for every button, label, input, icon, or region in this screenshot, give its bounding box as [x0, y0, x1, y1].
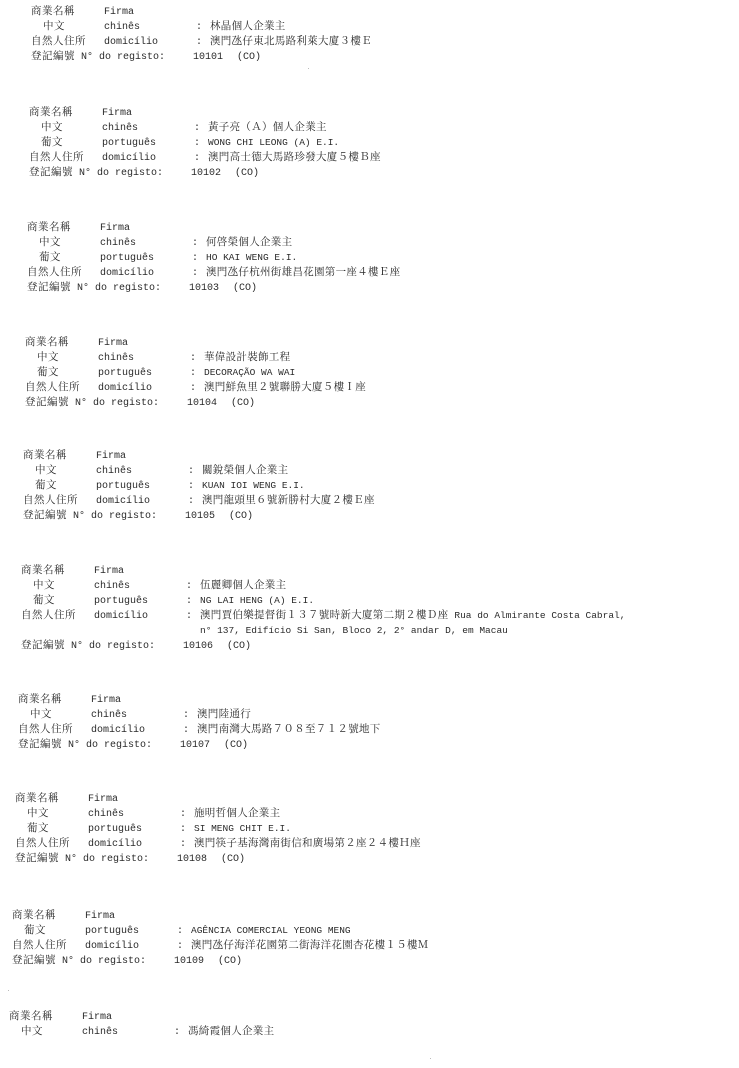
- portugues-label-pt: português: [94, 594, 186, 609]
- registo-label-zh: 登記編號: [23, 508, 73, 523]
- registo-number: 10108: [177, 852, 221, 867]
- registo-number: 10107: [180, 738, 224, 753]
- colon: :: [192, 236, 206, 251]
- registry-entry-10105: 商業名稱 Firma 中文 chinês : 關銳榮個人企業主 葡文 portu…: [23, 448, 375, 523]
- firma-header-row: 商業名稱 Firma: [12, 908, 429, 923]
- registo-label-zh: 登記編號: [27, 280, 77, 295]
- chines-name-value: 黃子亮（Ａ）個人企業主: [208, 120, 327, 135]
- chines-label-pt: chinês: [94, 579, 186, 594]
- domicilio-row: 自然人住所 domicílio : 澳門氹仔杭州街雄昌花園第一座４樓Ｅ座: [27, 265, 400, 280]
- firma-label-pt: Firma: [91, 693, 121, 708]
- portugues-name-value: SI MENG CHIT E.I.: [194, 821, 291, 836]
- chines-label-pt: chinês: [104, 20, 196, 35]
- colon: :: [183, 708, 197, 723]
- firma-label-zh: 商業名稱: [15, 791, 88, 806]
- firma-label-pt: Firma: [88, 792, 118, 807]
- domicilio-value: 澳門氹仔海洋花園第二街海洋花園杏花樓１５樓Ｍ: [191, 938, 429, 953]
- portugues-row: 葡文 português : SI MENG CHIT E.I.: [15, 821, 421, 836]
- registo-number: 10101: [193, 50, 237, 65]
- registo-number: 10106: [183, 639, 227, 654]
- colon: :: [194, 136, 208, 151]
- registo-code: (CO): [227, 639, 251, 654]
- colon: :: [180, 822, 194, 837]
- registo-code: (CO): [233, 281, 257, 296]
- domicilio-value: 澳門龍頭里６號新勝村大廈２樓Ｅ座: [202, 493, 375, 508]
- registo-row: 登記編號 N° do registo: 10101 (CO): [31, 49, 372, 64]
- portugues-name-value: AGÊNCIA COMERCIAL YEONG MENG: [191, 923, 351, 938]
- chines-name-value: 華偉設計裝飾工程: [204, 350, 290, 365]
- domicilio-label-pt: domicílio: [96, 494, 188, 509]
- portugues-name-value: WONG CHI LEONG (A) E.I.: [208, 135, 339, 150]
- firma-label-pt: Firma: [85, 909, 115, 924]
- registo-row: 登記編號 N° do registo: 10104 (CO): [25, 395, 366, 410]
- colon: :: [192, 266, 206, 281]
- chines-label-pt: chinês: [91, 708, 183, 723]
- firma-label-zh: 商業名稱: [29, 105, 102, 120]
- registo-label-pt: N° do registo:: [73, 509, 185, 524]
- firma-header-row: 商業名稱 Firma: [31, 4, 372, 19]
- firma-label-pt: Firma: [98, 336, 128, 351]
- domicilio-label-zh: 自然人住所: [25, 380, 98, 395]
- chines-name-value: 施明哲個人企業主: [194, 806, 280, 821]
- registo-row: 登記編號 N° do registo: 10103 (CO): [27, 280, 400, 295]
- firma-label-zh: 商業名稱: [9, 1009, 82, 1024]
- scan-speck: [8, 990, 9, 991]
- registo-code: (CO): [235, 166, 259, 181]
- firma-label-zh: 商業名稱: [31, 4, 104, 19]
- registo-label-pt: N° do registo:: [62, 954, 174, 969]
- domicilio-label-pt: domicílio: [91, 723, 183, 738]
- registo-code: (CO): [218, 954, 242, 969]
- domicilio-label-pt: domicílio: [88, 837, 180, 852]
- portugues-label-zh: 葡文: [29, 135, 102, 150]
- chines-name-value: 何啓榮個人企業主: [206, 235, 292, 250]
- chines-label-zh: 中文: [23, 463, 96, 478]
- portugues-label-zh: 葡文: [25, 365, 98, 380]
- registo-number: 10102: [191, 166, 235, 181]
- registry-entry-10108: 商業名稱 Firma 中文 chinês : 施明哲個人企業主 葡文 portu…: [15, 791, 421, 866]
- registo-label-pt: N° do registo:: [65, 852, 177, 867]
- domicilio-row: 自然人住所 domicílio : 澳門龍頭里６號新勝村大廈２樓Ｅ座: [23, 493, 375, 508]
- chines-label-pt: chinês: [82, 1025, 174, 1040]
- chines-name-value: 關銳榮個人企業主: [202, 463, 288, 478]
- domicilio-value: 澳門賈伯樂提督街１３７號時新大廈第二期２樓Ｄ座: [200, 608, 448, 623]
- firma-header-row: 商業名稱 Firma: [18, 692, 381, 707]
- portugues-name-value: HO KAI WENG E.I.: [206, 250, 297, 265]
- colon: :: [194, 121, 208, 136]
- domicilio-value: 澳門南灣大馬路７０８至７１２號地下: [197, 722, 381, 737]
- portugues-label-zh: 葡文: [21, 593, 94, 608]
- colon: :: [188, 479, 202, 494]
- registo-label-zh: 登記編號: [21, 638, 71, 653]
- registo-label-pt: N° do registo:: [68, 738, 180, 753]
- domicilio-row: 自然人住所 domicílio : 澳門筷子基海灣南街信和廣場第２座２４樓Ｈ座: [15, 836, 421, 851]
- portugues-label-pt: português: [88, 822, 180, 837]
- firma-header-row: 商業名稱 Firma: [29, 105, 381, 120]
- registo-label-pt: N° do registo:: [77, 281, 189, 296]
- domicilio-row: 自然人住所 domicílio : 澳門賈伯樂提督街１３７號時新大廈第二期２樓Ｄ…: [21, 608, 625, 623]
- registo-label-zh: 登記編號: [15, 851, 65, 866]
- registo-number: 10109: [174, 954, 218, 969]
- registo-code: (CO): [237, 50, 261, 65]
- firma-label-pt: Firma: [102, 106, 132, 121]
- domicilio-label-zh: 自然人住所: [21, 608, 94, 623]
- domicilio-label-pt: domicílio: [100, 266, 192, 281]
- chines-row: 中文 chinês : 澳門陸通行: [18, 707, 381, 722]
- domicilio-pt-value-line2: n° 137, Edifício Si San, Bloco 2, 2° and…: [200, 623, 508, 638]
- colon: :: [188, 464, 202, 479]
- domicilio-label-zh: 自然人住所: [27, 265, 100, 280]
- registry-entry-10101: 商業名稱 Firma 中文 chinês : 林晶個人企業主 自然人住所 dom…: [31, 4, 372, 64]
- chines-name-value: 伍麗卿個人企業主: [200, 578, 286, 593]
- chines-label-pt: chinês: [100, 236, 192, 251]
- portugues-row: 葡文 português : KUAN IOI WENG E.I.: [23, 478, 375, 493]
- colon: :: [192, 251, 206, 266]
- portugues-row: 葡文 português : WONG CHI LEONG (A) E.I.: [29, 135, 381, 150]
- portugues-label-pt: português: [96, 479, 188, 494]
- chines-label-pt: chinês: [98, 351, 190, 366]
- colon: :: [180, 807, 194, 822]
- registry-entry-10107: 商業名稱 Firma 中文 chinês : 澳門陸通行 自然人住所 domic…: [18, 692, 381, 752]
- firma-label-pt: Firma: [94, 564, 124, 579]
- registo-row: 登記編號 N° do registo: 10107 (CO): [18, 737, 381, 752]
- portugues-label-zh: 葡文: [12, 923, 85, 938]
- chines-label-zh: 中文: [21, 578, 94, 593]
- portugues-label-zh: 葡文: [27, 250, 100, 265]
- registo-label-zh: 登記編號: [18, 737, 68, 752]
- colon: :: [194, 151, 208, 166]
- domicilio-label-zh: 自然人住所: [12, 938, 85, 953]
- domicilio-label-zh: 自然人住所: [29, 150, 102, 165]
- registo-code: (CO): [231, 396, 255, 411]
- domicilio-row: 自然人住所 domicílio : 澳門高士德大馬路珍發大廈５樓Ｂ座: [29, 150, 381, 165]
- portugues-row: 葡文 português : NG LAI HENG (A) E.I.: [21, 593, 625, 608]
- registry-entry-10103: 商業名稱 Firma 中文 chinês : 何啓榮個人企業主 葡文 portu…: [27, 220, 400, 295]
- firma-label-pt: Firma: [82, 1010, 112, 1025]
- colon: :: [177, 939, 191, 954]
- portugues-label-pt: português: [98, 366, 190, 381]
- chines-label-zh: 中文: [27, 235, 100, 250]
- chines-row: 中文 chinês : 施明哲個人企業主: [15, 806, 421, 821]
- domicilio-row: 自然人住所 domicílio : 澳門氹仔東北馬路利萊大廈３樓Ｅ: [31, 34, 372, 49]
- portugues-label-zh: 葡文: [23, 478, 96, 493]
- domicilio-label-pt: domicílio: [102, 151, 194, 166]
- domicilio-label-zh: 自然人住所: [31, 34, 104, 49]
- registry-entry-10102: 商業名稱 Firma 中文 chinês : 黃子亮（Ａ）個人企業主 葡文 po…: [29, 105, 381, 180]
- domicilio-value: 澳門高士德大馬路珍發大廈５樓Ｂ座: [208, 150, 381, 165]
- registo-label-pt: N° do registo:: [75, 396, 187, 411]
- domicilio-label-zh: 自然人住所: [15, 836, 88, 851]
- registo-row: 登記編號 N° do registo: 10106 (CO): [21, 638, 625, 653]
- chines-row: 中文 chinês : 林晶個人企業主: [31, 19, 372, 34]
- firma-label-zh: 商業名稱: [21, 563, 94, 578]
- registo-label-zh: 登記編號: [12, 953, 62, 968]
- chines-label-zh: 中文: [15, 806, 88, 821]
- domicilio-value: 澳門鮮魚里２號聯勝大廈５樓Ｉ座: [204, 380, 366, 395]
- chines-label-zh: 中文: [29, 120, 102, 135]
- firma-label-pt: Firma: [100, 221, 130, 236]
- portugues-label-pt: português: [85, 924, 177, 939]
- firma-label-pt: Firma: [96, 449, 126, 464]
- chines-row: 中文 chinês : 伍麗卿個人企業主: [21, 578, 625, 593]
- scan-speck: [308, 68, 309, 69]
- colon: :: [188, 494, 202, 509]
- chines-row: 中文 chinês : 黃子亮（Ａ）個人企業主: [29, 120, 381, 135]
- registo-row: 登記編號 N° do registo: 10102 (CO): [29, 165, 381, 180]
- registo-row: 登記編號 N° do registo: 10108 (CO): [15, 851, 421, 866]
- domicilio-row: 自然人住所 domicílio : 澳門南灣大馬路７０８至７１２號地下: [18, 722, 381, 737]
- registo-code: (CO): [221, 852, 245, 867]
- chines-row: 中文 chinês : 何啓榮個人企業主: [27, 235, 400, 250]
- registo-label-pt: N° do registo:: [81, 50, 193, 65]
- registo-row: 登記編號 N° do registo: 10109 (CO): [12, 953, 429, 968]
- registo-row: 登記編號 N° do registo: 10105 (CO): [23, 508, 375, 523]
- portugues-name-value: KUAN IOI WENG E.I.: [202, 478, 305, 493]
- registo-number: 10105: [185, 509, 229, 524]
- chines-label-pt: chinês: [96, 464, 188, 479]
- firma-header-row: 商業名稱 Firma: [25, 335, 366, 350]
- colon: :: [190, 351, 204, 366]
- portugues-label-pt: português: [100, 251, 192, 266]
- registo-number: 10104: [187, 396, 231, 411]
- registo-number: 10103: [189, 281, 233, 296]
- firma-header-row: 商業名稱 Firma: [15, 791, 421, 806]
- domicilio-value: 澳門氹仔東北馬路利萊大廈３樓Ｅ: [210, 34, 372, 49]
- chines-name-value: 澳門陸通行: [197, 707, 251, 722]
- firma-label-zh: 商業名稱: [25, 335, 98, 350]
- registo-label-zh: 登記編號: [31, 49, 81, 64]
- colon: :: [177, 924, 191, 939]
- domicilio-label-pt: domicílio: [104, 35, 196, 50]
- chines-row: 中文 chinês : 馮綺霞個人企業主: [9, 1024, 274, 1039]
- domicilio-value: 澳門氹仔杭州街雄昌花園第一座４樓Ｅ座: [206, 265, 400, 280]
- registry-entry-10106: 商業名稱 Firma 中文 chinês : 伍麗卿個人企業主 葡文 portu…: [21, 563, 625, 653]
- chines-label-zh: 中文: [18, 707, 91, 722]
- firma-label-zh: 商業名稱: [18, 692, 91, 707]
- firma-header-row: 商業名稱 Firma: [9, 1009, 274, 1024]
- portugues-row: 葡文 português : DECORAÇÃO WA WAI: [25, 365, 366, 380]
- colon: :: [180, 837, 194, 852]
- domicilio-row: 自然人住所 domicílio : 澳門鮮魚里２號聯勝大廈５樓Ｉ座: [25, 380, 366, 395]
- registry-entry-10104: 商業名稱 Firma 中文 chinês : 華偉設計裝飾工程 葡文 portu…: [25, 335, 366, 410]
- firma-label-pt: Firma: [104, 5, 134, 20]
- colon: :: [174, 1025, 188, 1040]
- colon: :: [186, 609, 200, 624]
- chines-label-pt: chinês: [102, 121, 194, 136]
- registo-label-pt: N° do registo:: [71, 639, 183, 654]
- scan-speck: [430, 1058, 431, 1059]
- portugues-label-pt: português: [102, 136, 194, 151]
- chines-label-pt: chinês: [88, 807, 180, 822]
- registry-entry-10109: 商業名稱 Firma 葡文 português : AGÊNCIA COMERC…: [12, 908, 429, 968]
- domicilio-continuation-row: n° 137, Edifício Si San, Bloco 2, 2° and…: [21, 623, 625, 638]
- colon: :: [190, 381, 204, 396]
- chines-label-zh: 中文: [31, 19, 104, 34]
- registo-label-zh: 登記編號: [29, 165, 79, 180]
- firma-header-row: 商業名稱 Firma: [23, 448, 375, 463]
- portugues-row: 葡文 português : AGÊNCIA COMERCIAL YEONG M…: [12, 923, 429, 938]
- domicilio-label-zh: 自然人住所: [18, 722, 91, 737]
- portugues-row: 葡文 português : HO KAI WENG E.I.: [27, 250, 400, 265]
- domicilio-value: 澳門筷子基海灣南街信和廣場第２座２４樓Ｈ座: [194, 836, 421, 851]
- domicilio-label-pt: domicílio: [94, 609, 186, 624]
- chines-name-value: 林晶個人企業主: [210, 19, 286, 34]
- domicilio-pt-value-line1: Rua do Almirante Costa Cabral,: [454, 608, 625, 623]
- registo-label-zh: 登記編號: [25, 395, 75, 410]
- colon: :: [196, 20, 210, 35]
- registo-code: (CO): [229, 509, 253, 524]
- colon: :: [196, 35, 210, 50]
- registo-code: (CO): [224, 738, 248, 753]
- scanned-registry-page: 商業名稱 Firma 中文 chinês : 林晶個人企業主 自然人住所 dom…: [0, 0, 739, 1068]
- colon: :: [186, 579, 200, 594]
- firma-label-zh: 商業名稱: [23, 448, 96, 463]
- domicilio-label-pt: domicílio: [85, 939, 177, 954]
- firma-label-zh: 商業名稱: [27, 220, 100, 235]
- domicilio-row: 自然人住所 domicílio : 澳門氹仔海洋花園第二街海洋花園杏花樓１５樓Ｍ: [12, 938, 429, 953]
- portugues-name-value: NG LAI HENG (A) E.I.: [200, 593, 314, 608]
- colon: :: [190, 366, 204, 381]
- firma-header-row: 商業名稱 Firma: [21, 563, 625, 578]
- chines-name-value: 馮綺霞個人企業主: [188, 1024, 274, 1039]
- colon: :: [183, 723, 197, 738]
- firma-header-row: 商業名稱 Firma: [27, 220, 400, 235]
- portugues-name-value: DECORAÇÃO WA WAI: [204, 365, 295, 380]
- chines-label-zh: 中文: [25, 350, 98, 365]
- firma-label-zh: 商業名稱: [12, 908, 85, 923]
- colon: :: [186, 594, 200, 609]
- domicilio-label-pt: domicílio: [98, 381, 190, 396]
- registry-entry-partial: 商業名稱 Firma 中文 chinês : 馮綺霞個人企業主: [9, 1009, 274, 1039]
- portugues-label-zh: 葡文: [15, 821, 88, 836]
- registo-label-pt: N° do registo:: [79, 166, 191, 181]
- chines-row: 中文 chinês : 關銳榮個人企業主: [23, 463, 375, 478]
- chines-row: 中文 chinês : 華偉設計裝飾工程: [25, 350, 366, 365]
- chines-label-zh: 中文: [9, 1024, 82, 1039]
- domicilio-label-zh: 自然人住所: [23, 493, 96, 508]
